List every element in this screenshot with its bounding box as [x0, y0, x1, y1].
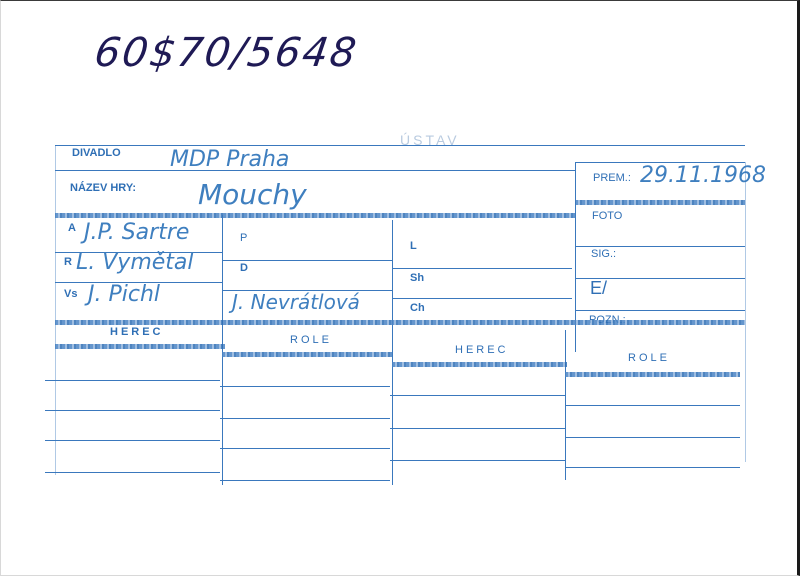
credit-r-label: R	[64, 256, 72, 268]
credit-sh-label: Sh	[410, 272, 424, 284]
cast-row-line	[220, 418, 390, 419]
sig-label: SIG.:	[591, 248, 616, 260]
cast-header-herec-1: HEREC	[110, 326, 164, 338]
cast-row-line	[220, 480, 390, 481]
archive-number: 60$70/5648	[92, 30, 361, 76]
cast-row-line	[565, 437, 740, 438]
credit-a-value: J.P. Sartre	[84, 220, 189, 245]
cast-row-line	[45, 380, 220, 381]
divadlo-label: DIVADLO	[72, 147, 121, 159]
credit-mid-3-value: J. Nevrátlová	[232, 290, 360, 314]
credit-vs-label: Vs	[64, 288, 77, 300]
cast-row-line	[390, 395, 565, 396]
prem-label: PREM.:	[593, 172, 631, 184]
grid-col-2	[392, 220, 393, 485]
cast-row-line	[565, 405, 740, 406]
cast-row-line	[390, 460, 565, 461]
title-divider	[55, 213, 575, 218]
foto-label: FOTO	[592, 210, 622, 222]
cast-header-rule-1	[55, 344, 225, 349]
form-left-edge	[55, 145, 56, 475]
form-right-edge	[745, 162, 746, 462]
credit-line-6	[392, 298, 572, 299]
credit-a-label: A	[68, 222, 76, 234]
prem-value: 29.11.1968	[640, 163, 766, 188]
form-top-line	[55, 145, 745, 146]
cast-top-divider	[55, 320, 745, 325]
divadlo-value: MDP Praha	[170, 147, 289, 172]
cast-row-line	[45, 440, 220, 441]
credit-d-label: D	[240, 262, 248, 274]
cast-header-rule-3	[392, 362, 567, 367]
divadlo-line	[55, 170, 575, 171]
credit-vs-value: J. Pichl	[88, 282, 160, 307]
cast-row-line	[45, 410, 220, 411]
credit-line-3	[222, 260, 392, 261]
nazev-hry-label: NÁZEV HRY:	[70, 182, 136, 194]
cast-header-rule-2	[222, 352, 392, 357]
foto-line	[575, 246, 745, 247]
cast-header-rule-4	[565, 372, 740, 377]
cast-header-herec-2: HEREC	[455, 344, 509, 356]
grid-col-1	[222, 215, 223, 485]
cast-row-line	[390, 428, 565, 429]
credit-p-label: P	[240, 232, 247, 244]
credit-ch-label: Ch	[410, 302, 425, 314]
nazev-hry-value: Mouchy	[198, 178, 307, 211]
credit-l-label: L	[410, 240, 417, 252]
cast-header-role-1: ROLE	[290, 334, 332, 346]
cast-row-line	[45, 472, 220, 473]
e-label: E/	[590, 278, 607, 299]
cast-header-role-2: ROLE	[628, 352, 670, 364]
prem-divider	[575, 200, 745, 205]
cast-row-line	[220, 448, 390, 449]
cast-row-line	[220, 386, 390, 387]
credit-line-5	[392, 268, 572, 269]
e-line	[575, 310, 745, 311]
credit-r-value: L. Vymětal	[76, 250, 194, 275]
cast-row-line	[565, 467, 740, 468]
